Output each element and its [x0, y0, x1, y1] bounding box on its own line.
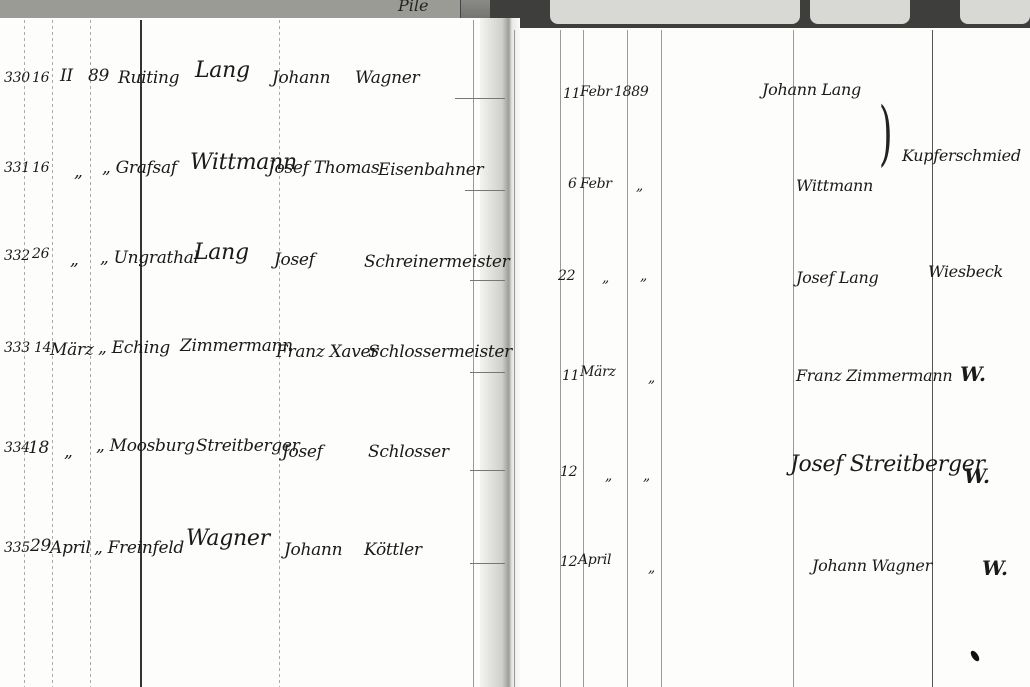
signature: Wittmann	[796, 176, 873, 195]
entry-occupation: Wagner	[355, 68, 419, 88]
entry-occupation: Köttler	[364, 540, 422, 560]
entry-number: 332	[4, 248, 30, 264]
entry-month: April	[50, 538, 91, 558]
column-rule	[661, 30, 662, 687]
column-rule	[932, 30, 933, 687]
entry-number: 333	[4, 340, 30, 356]
header-cell	[52, 0, 103, 18]
witness-signature: Wiesbeck	[928, 262, 1003, 281]
entry-given-name: Josef	[282, 442, 323, 462]
entry-occupation: Eisenbahner	[378, 160, 483, 180]
column-rule	[560, 30, 561, 687]
entry-year: „	[643, 468, 650, 484]
row-end-line	[455, 98, 505, 99]
entry-occupation: Schreinermeister	[364, 252, 509, 272]
entry-place: „ Moosburg	[96, 436, 195, 456]
row-end-line	[470, 280, 505, 281]
entry-place: „ Eching	[98, 338, 170, 358]
entry-day: 11	[563, 86, 580, 102]
row-end-line	[470, 470, 505, 471]
entry-occupation: Schlosser	[368, 442, 449, 462]
entry-month: „	[602, 270, 609, 286]
entry-day: 26	[32, 246, 49, 262]
book-cover-edge	[490, 0, 1030, 30]
entry-month: Febr	[580, 84, 612, 100]
cover-highlight	[960, 0, 1030, 24]
column-rule	[583, 30, 584, 687]
header-cell	[0, 0, 15, 18]
witness-signature: Kupferschmied	[902, 146, 1021, 165]
signature: Franz Zimmermann	[796, 366, 952, 385]
header-cell	[270, 0, 351, 18]
witness-mark: W.	[982, 556, 1008, 580]
entry-day: 22	[558, 268, 575, 284]
entry-month: Febr	[580, 176, 612, 192]
entry-given-name: Johann	[284, 540, 342, 560]
signature: Johann Wagner	[812, 556, 932, 575]
header-fragment: Pile	[398, 0, 428, 15]
entry-day: 14	[34, 340, 51, 356]
entry-month: „	[74, 162, 83, 182]
entry-day: 18	[28, 438, 49, 458]
entry-day: 6	[568, 176, 577, 192]
row-end-line	[465, 190, 505, 191]
signature: Josef Streitberger	[790, 452, 985, 477]
entry-place: „ Freinfeld	[94, 538, 184, 558]
signature: Johann Lang	[762, 80, 861, 99]
witness-mark: W.	[964, 464, 990, 488]
cover-highlight	[550, 0, 800, 24]
entry-surname: Wagner	[186, 526, 270, 551]
brace-mark: )	[879, 92, 893, 174]
entry-year: „	[636, 178, 643, 194]
header-cell	[14, 0, 53, 18]
entry-number: 331	[4, 160, 30, 176]
entry-given-name: Josef Thomas	[268, 158, 379, 178]
witness-mark: W.	[960, 362, 986, 386]
row-end-line	[470, 372, 505, 373]
entry-year: 89	[88, 66, 109, 86]
cover-highlight	[810, 0, 910, 24]
column-rule	[627, 30, 628, 687]
right-page	[512, 28, 1030, 687]
column-rule	[793, 30, 794, 687]
entry-year: „	[640, 268, 647, 284]
entry-given-name: Franz Xaver	[276, 342, 378, 362]
entry-given-name: Johann	[272, 68, 330, 88]
entry-place: Ruiting	[118, 68, 179, 88]
entry-day: 12	[560, 464, 577, 480]
entry-year: „	[648, 560, 655, 576]
entry-month: „	[70, 250, 79, 270]
signature: Josef Lang	[796, 268, 878, 287]
header-cell	[102, 0, 181, 18]
entry-month: März	[580, 364, 616, 380]
entry-month: „	[605, 468, 612, 484]
entry-number: 330	[4, 70, 30, 86]
ledger-scan: Pile 330 16 II 89 Ruiting Lang Johann Wa…	[0, 0, 1030, 687]
entry-number: 335	[4, 540, 30, 556]
entry-year: „	[648, 370, 655, 386]
entry-place: „ Ungrathal	[100, 248, 199, 268]
entry-occupation: Schlossermeister	[368, 342, 512, 362]
column-rule	[514, 30, 515, 687]
row-end-line	[470, 563, 505, 564]
entry-year: 1889	[614, 84, 648, 100]
entry-surname: Lang	[195, 58, 250, 83]
entry-number: 334	[4, 440, 30, 456]
entry-given-name: Josef	[274, 250, 315, 270]
entry-day: 16	[32, 160, 49, 176]
entry-surname: Lang	[194, 240, 249, 265]
entry-month: II	[60, 66, 73, 86]
header-cell	[180, 0, 271, 18]
entry-month: „	[64, 442, 73, 462]
entry-day: 12	[560, 554, 577, 570]
entry-place: „ Grafsaf	[102, 158, 177, 178]
entry-day: 16	[32, 70, 49, 86]
entry-month: März	[50, 340, 93, 360]
entry-month: April	[578, 552, 611, 568]
entry-day: 11	[562, 368, 579, 384]
entry-day: 29	[30, 536, 51, 556]
